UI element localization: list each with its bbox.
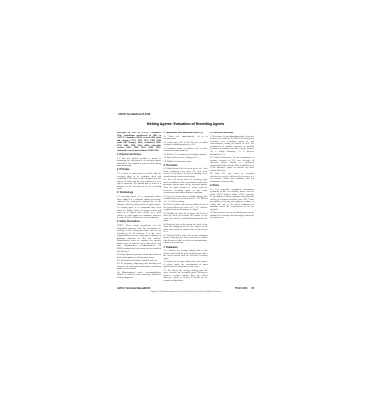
section-paragraph: 5.2 Cotton yarn, 16/2 to 20/2 Ne, free o…	[164, 142, 208, 147]
section-paragraph: NOTE: These safety precautions are for i…	[117, 225, 161, 253]
section-paragraph: 6.4 Fill the beaker with water to within…	[164, 204, 208, 212]
doc-section: 8. Precision and Bias8.1 Precision. An i…	[210, 132, 254, 183]
screenshot-canvas: AATCC Test Method 27-2013 Wetting Agents…	[0, 0, 368, 420]
doc-section: 4. Safety PrecautionsNOTE: These safety …	[117, 221, 161, 279]
section-paragraph: 6.7 Repeat 6.4-6.6 with each of the rema…	[164, 235, 208, 245]
section-paragraph: 5.3 Weighted hooks, of stainless steel o…	[164, 148, 208, 153]
footer-method-ref: TM 27-2013 65	[235, 288, 254, 291]
doc-section: 6. Procedure6.1 Wind skeins of the test …	[164, 165, 208, 245]
doc-section: 5. Apparatus and Materials (see 9.1)5.1 …	[164, 132, 208, 163]
foreword-paragraph: Developed in 1952 by AATCC Committee RA6…	[117, 132, 161, 152]
section-paragraph: 3.2 wetting agent, n.—a compound that, w…	[117, 207, 161, 220]
document-columns: Developed in 1952 by AATCC Committee RA6…	[117, 132, 254, 285]
section-paragraph: 7.1 Calculate the average sinking time o…	[164, 250, 208, 260]
section-heading: 2. Principle	[117, 169, 161, 172]
doc-section: 7. Evaluation7.1 Calculate the average s…	[164, 247, 208, 283]
section-paragraph: 4.1 Good laboratory practices should be …	[117, 254, 161, 259]
section-paragraph: 4.4 Manufacturer's safety recommendation…	[117, 272, 161, 280]
section-paragraph: 7.3 The shorter the average sinking time…	[164, 270, 208, 283]
section-paragraph: 1.1 This test method provides a means of…	[117, 158, 161, 168]
section-paragraph: 6.5 Holding the skein by its upper end, …	[164, 213, 208, 223]
document-header: AATCC Test Method 27-2013	[118, 114, 254, 117]
section-heading: 1. Purpose and Scope	[117, 154, 161, 157]
section-paragraph: 9.2 Yarn known to be free of added agent…	[210, 212, 254, 220]
section-paragraph: 8.1 Precision. An interlaboratory study …	[210, 136, 254, 156]
document-page: AATCC Test Method 27-2013 Wetting Agents…	[117, 114, 254, 293]
page-footer: AATCC Technical Manual/2015 TM 27-2013 6…	[117, 288, 254, 291]
doc-section: 9. Notes9.1 For potential equipment info…	[210, 185, 254, 220]
section-paragraph: 6.2 Treat the skeins with the rewetting …	[164, 179, 208, 194]
copyright-line: Copyright © 2014 American Association of…	[117, 291, 254, 293]
section-paragraph: 2.1 A skein of cotton yarn is treated wi…	[117, 173, 161, 191]
section-paragraph: 6.3 Dry the treated skeins without rinsi…	[164, 196, 208, 204]
doc-section: 2. Principle2.1 A skein of cotton yarn i…	[117, 169, 161, 190]
section-heading: 5. Apparatus and Materials (see 9.1)	[164, 132, 208, 135]
doc-section: 3. Terminology3.1 rewetting agent, n.—a …	[117, 192, 161, 219]
section-heading: 3. Terminology	[117, 192, 161, 195]
document-title: Wetting Agents: Evaluation of Rewetting …	[117, 123, 254, 127]
section-paragraph: 6.1 Wind skeins of the test yarn on the …	[164, 168, 208, 178]
section-heading: 6. Procedure	[164, 165, 208, 168]
section-paragraph: 5.4 Beaker, 2 L, or battery jar of simil…	[164, 154, 208, 157]
section-paragraph: 8.2 Critical differences. For the compon…	[210, 157, 254, 172]
section-paragraph: 3.1 rewetting agent, n.—a compound which…	[117, 196, 161, 206]
footer-method-number: TM 27-2013	[235, 288, 247, 291]
section-paragraph: 6.6 Stop the timer at the instant the wh…	[164, 224, 208, 234]
section-heading: 4. Safety Precautions	[117, 221, 161, 224]
doc-section: 1. Purpose and Scope1.1 This test method…	[117, 154, 161, 168]
section-paragraph: 9.1 For potential equipment information …	[210, 189, 254, 212]
section-heading: 9. Notes	[210, 185, 254, 188]
section-paragraph: 5.1 Skein reel, approximately 1.4 m in c…	[164, 136, 208, 141]
section-heading: 8. Precision and Bias	[210, 132, 254, 135]
section-paragraph: 8.3 Bias. The true value of rewetting ef…	[210, 173, 254, 183]
footer-page-number: 65	[251, 288, 254, 291]
section-paragraph: 5.6 Distilled or deionized water.	[164, 161, 208, 164]
section-paragraph: 5.5 Stop watch or timer, reading to 0.1 …	[164, 157, 208, 160]
section-paragraph: 4.3 In preparing, dispensing and handlin…	[117, 263, 161, 271]
section-paragraph: 7.2 Report the average sinking time, the…	[164, 261, 208, 269]
footer-manual-label: AATCC Technical Manual/2015	[117, 288, 150, 291]
section-heading: 7. Evaluation	[164, 247, 208, 250]
